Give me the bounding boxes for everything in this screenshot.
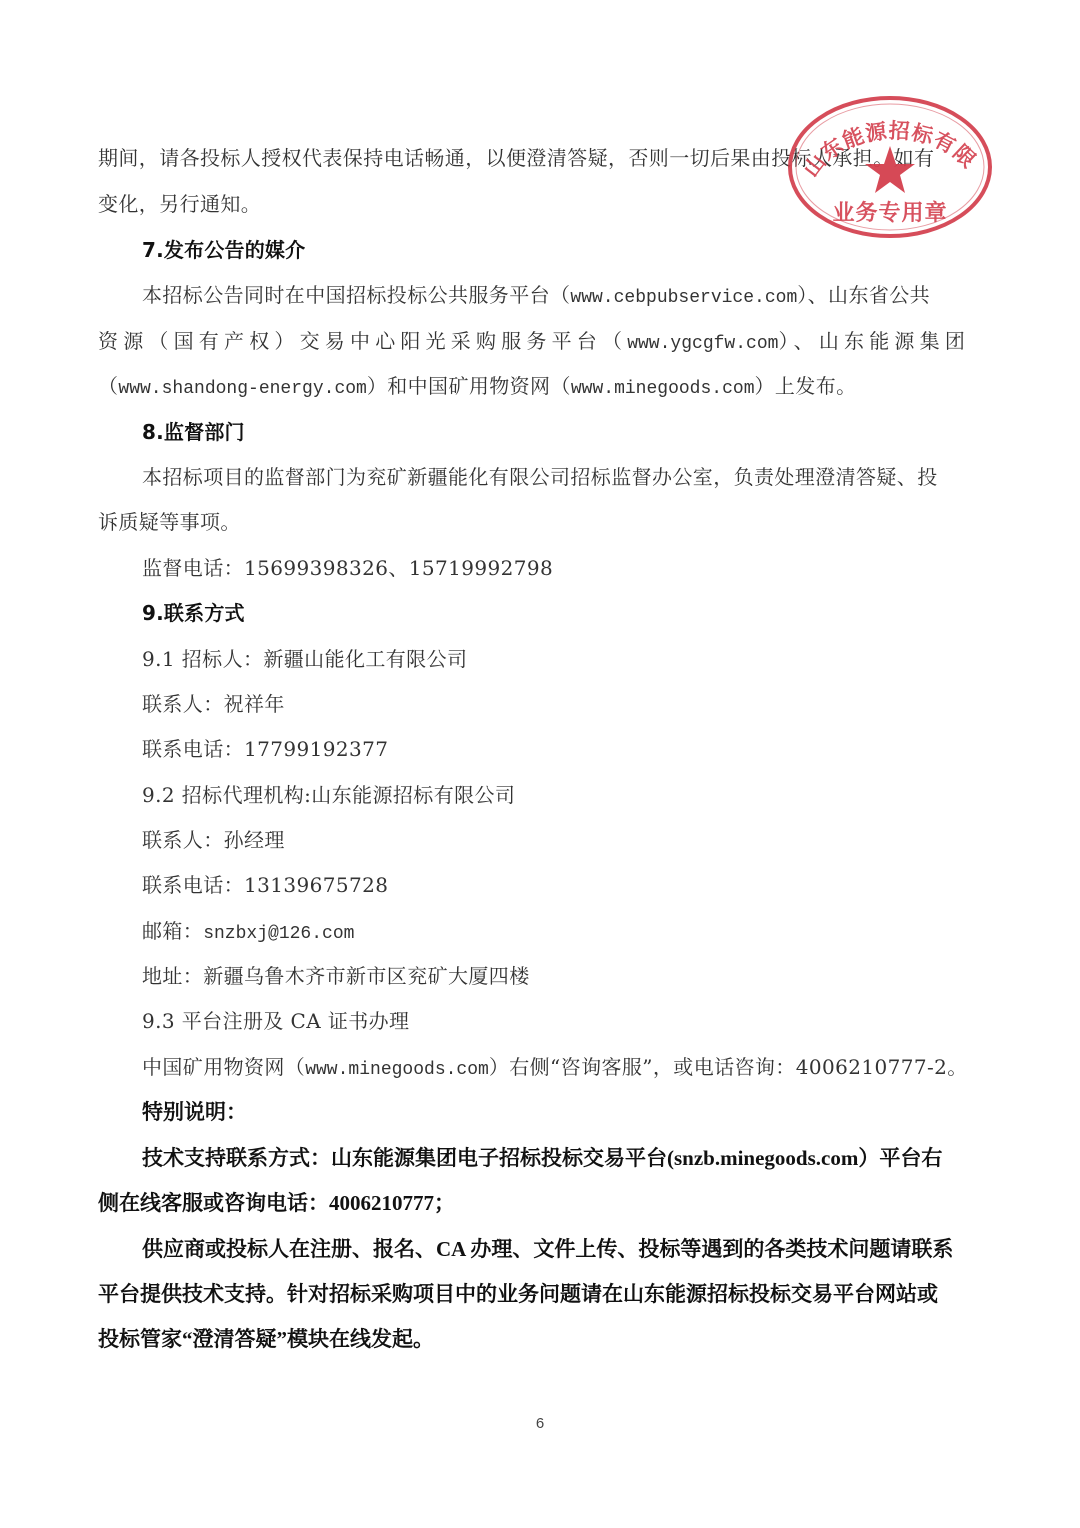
field-label: 邮箱： — [142, 919, 203, 943]
text-segment: ）、山东省公共 — [797, 283, 930, 307]
paragraph-line: （www.shandong-energy.com）和中国矿用物资网（www.mi… — [98, 372, 982, 403]
agency-line: 9.2 招标代理机构:山东能源招标有限公司 — [142, 781, 982, 809]
link-minegoods[interactable]: www.minegoods.com — [571, 379, 755, 399]
field-label: 地址： — [142, 964, 203, 988]
field-value: 17799192377 — [244, 737, 388, 761]
text-segment: ）和中国矿用物资网（ — [367, 374, 571, 398]
paragraph-line: 中国矿用物资网（www.minegoods.com）右侧“咨询客服”，或电话咨询… — [142, 1053, 982, 1084]
agency-address: 地址：新疆乌鲁木齐市新市区兖矿大厦四楼 — [142, 962, 982, 990]
text-segment: ）上发布。 — [755, 374, 857, 398]
special-note-line: 供应商或投标人在注册、报名、CA 办理、文件上传、投标等遇到的各类技术问题请联系 — [142, 1235, 982, 1263]
special-note-heading: 特别说明： — [142, 1098, 982, 1126]
field-label: 监督电话： — [142, 556, 244, 580]
text-segment: （ — [98, 374, 118, 398]
paragraph-line: 资源（国有产权）交易中心阳光采购服务平台（www.ygcgfw.com）、山东能… — [98, 327, 982, 358]
link-cebpubservice[interactable]: www.cebpubservice.com — [570, 288, 797, 308]
seal-icon: 山东能源招标有限公司 业务专用章 — [786, 94, 994, 240]
special-note-line: 技术支持联系方式：山东能源集团电子招标投标交易平台(snzb.minegoods… — [142, 1144, 982, 1172]
seal-bottom-text: 业务专用章 — [832, 200, 947, 226]
field-label: 联系人： — [142, 828, 224, 852]
field-value: 新疆乌鲁木齐市新市区兖矿大厦四楼 — [203, 964, 529, 988]
agency-email: 邮箱：snzbxj@126.com — [142, 917, 982, 948]
email-link[interactable]: snzbxj@126.com — [203, 924, 354, 944]
agency-contact: 联系人：孙经理 — [142, 826, 982, 854]
link-minegoods[interactable]: www.minegoods.com — [305, 1060, 489, 1080]
tenderer-line: 9.1 招标人：新疆山能化工有限公司 — [142, 645, 982, 673]
field-label: 联系人： — [142, 692, 224, 716]
field-value: 祝祥年 — [224, 692, 285, 716]
company-seal-stamp: 山东能源招标有限公司 业务专用章 — [786, 94, 994, 240]
link-ygcgfw[interactable]: www.ygcgfw.com — [627, 334, 778, 354]
tenderer-contact: 联系人：祝祥年 — [142, 690, 982, 718]
text-segment: 资源（国有产权）交易中心阳光采购服务平台（ — [98, 329, 627, 353]
special-note-line: 侧在线客服或咨询电话：4006210777； — [98, 1189, 982, 1217]
special-note-line: 平台提供技术支持。针对招标采购项目中的业务问题请在山东能源招标投标交易平台网站或 — [98, 1280, 982, 1308]
star-icon — [865, 146, 915, 193]
paragraph-line: 本招标公告同时在中国招标投标公共服务平台（www.cebpubservice.c… — [142, 281, 982, 312]
text-segment: 本招标公告同时在中国招标投标公共服务平台（ — [142, 283, 570, 307]
special-note-line: 投标管家“澄清答疑”模块在线发起。 — [98, 1325, 982, 1353]
field-value: 孙经理 — [224, 828, 285, 852]
field-label: 联系电话： — [142, 737, 244, 761]
section-heading-9: 9.联系方式 — [142, 599, 982, 627]
text-segment: ）右侧“咨询客服”，或电话咨询：4006210777-2。 — [489, 1055, 968, 1079]
section-heading-8: 8.监督部门 — [142, 418, 982, 446]
section-heading-7: 7.发布公告的媒介 — [142, 236, 982, 264]
supervision-phone: 监督电话：15699398326、15719992798 — [142, 554, 982, 582]
text-segment: 中国矿用物资网（ — [142, 1055, 305, 1079]
ca-registration-line: 9.3 平台注册及 CA 证书办理 — [142, 1007, 982, 1035]
field-value: 13139675728 — [244, 873, 388, 897]
page-number: 6 — [0, 1415, 1080, 1432]
field-label: 联系电话： — [142, 873, 244, 897]
document-page: 期间，请各投标人授权代表保持电话畅通，以便澄清答疑，否则一切后果由投标人承担。如… — [0, 0, 1080, 1528]
text-segment: ）、山东能源集团 — [778, 329, 970, 353]
link-shandong-energy[interactable]: www.shandong-energy.com — [118, 379, 366, 399]
paragraph-line: 诉质疑等事项。 — [98, 508, 982, 536]
field-value: 15699398326、15719992798 — [244, 556, 553, 580]
paragraph-line: 本招标项目的监督部门为兖矿新疆能化有限公司招标监督办公室，负责处理澄清答疑、投 — [142, 463, 982, 491]
agency-phone: 联系电话：13139675728 — [142, 871, 982, 899]
tenderer-phone: 联系电话：17799192377 — [142, 735, 982, 763]
